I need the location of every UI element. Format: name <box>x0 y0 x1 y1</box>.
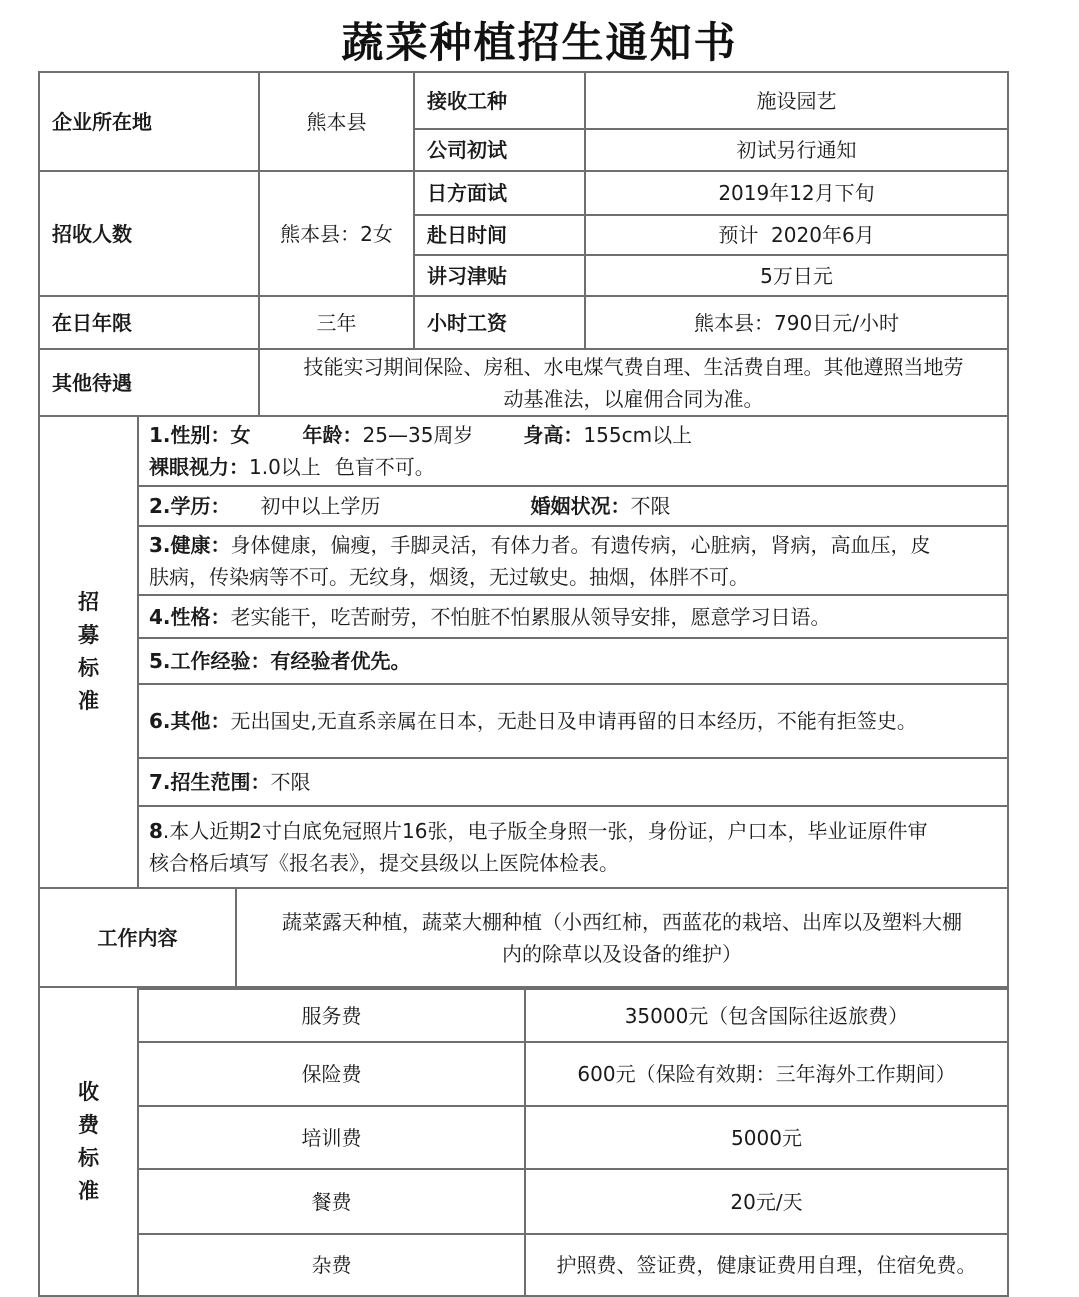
other-benefits-label: 其他待遇 <box>38 348 260 417</box>
criteria-item-5: 5.工作经验：有经验者优先。 <box>137 637 1009 685</box>
criteria-item-1-line1: 1.性别：女年龄：25—35周岁身高：155cm以上 <box>139 419 702 451</box>
fee-label-char: 准 <box>78 1175 99 1208</box>
job-type-label: 接收工种 <box>413 71 586 130</box>
other-benefits-line2: 动基准法，以雇佣合同为准。 <box>504 383 764 415</box>
allowance-value: 5万日元 <box>584 254 1009 297</box>
recruit-label-char: 募 <box>78 619 99 652</box>
location-value: 熊本县 <box>258 71 415 172</box>
marital-label: 婚姻状况： <box>531 494 631 518</box>
fee-value-service: 35000元（包含国际往返旅费） <box>524 988 1009 1043</box>
criteria-item-8: 8.本人近期2寸白底免冠照片16张，电子版全身照一张，身份证，户口本，毕业证原件… <box>137 805 1009 889</box>
vision-value: 1.0以上 <box>249 455 321 479</box>
fee-value-insurance: 600元（保险有效期：三年海外工作期间） <box>524 1041 1009 1107</box>
departure-value: 预计 2020年6月 <box>584 214 1009 256</box>
wage-label: 小时工资 <box>413 295 586 350</box>
departure-label: 赴日时间 <box>413 214 586 256</box>
company-interview-label: 公司初试 <box>413 128 586 172</box>
gender-value: 女 <box>231 423 251 447</box>
recruit-scope-value: 不限 <box>271 770 311 794</box>
health-line1: 身体健康，偏瘦，手脚灵活，有体力者。有遗传病，心脏病，肾病，高血压，皮 <box>231 533 931 557</box>
location-label: 企业所在地 <box>38 71 260 172</box>
other-benefits-line1: 技能实习期间保险、房租、水电煤气费自理、生活费自理。其他遵照当地劳 <box>304 351 964 383</box>
work-content-line1: 蔬菜露天种植，蔬菜大棚种植（小西红柿，西蓝花的栽培、出库以及塑料大棚 <box>282 906 962 938</box>
other-criteria-value: 无出国史,无直系亲属在日本，无赴日及申请再留的日本经历，不能有拒签史。 <box>231 709 917 733</box>
experience-value: 有经验者优先。 <box>271 649 411 673</box>
criteria-item-7: 7.招生范围：不限 <box>137 757 1009 807</box>
experience-label: 5.工作经验： <box>149 649 271 673</box>
document-title: 蔬菜种植招生通知书 <box>0 10 1079 70</box>
fee-value-training: 5000元 <box>524 1105 1009 1170</box>
fee-label-char: 收 <box>78 1076 99 1109</box>
fee-name-service: 服务费 <box>137 988 526 1043</box>
headcount-value: 熊本县：2女 <box>258 170 415 297</box>
work-content-line2: 内的除草以及设备的维护） <box>502 938 742 970</box>
criteria-item-1-line2: 裸眼视力：1.0以上色盲不可。 <box>139 451 445 483</box>
criteria-item-6: 6.其他：无出国史,无直系亲属在日本，无赴日及申请再留的日本经历，不能有拒签史。 <box>137 683 1009 759</box>
height-value: 155cm以上 <box>583 423 692 447</box>
fee-name-training: 培训费 <box>137 1105 526 1170</box>
allowance-label: 讲习津贴 <box>413 254 586 297</box>
colorblind-requirement: 色盲不可。 <box>335 455 435 479</box>
documents-line1: .本人近期2寸白底免冠照片16张，电子版全身照一张，身份证，户口本，毕业证原件审 <box>163 819 928 843</box>
fee-label-char: 费 <box>78 1109 99 1142</box>
headcount-label: 招收人数 <box>38 170 260 297</box>
job-type-value: 施设园艺 <box>584 71 1009 130</box>
fee-name-meals: 餐费 <box>137 1168 526 1235</box>
documents-line2: 核合格后填写《报名表》，提交县级以上医院体检表。 <box>149 851 619 875</box>
other-criteria-label: 6.其他： <box>149 709 231 733</box>
work-content-value: 蔬菜露天种植，蔬菜大棚种植（小西红柿，西蓝花的栽培、出库以及塑料大棚 内的除草以… <box>235 887 1009 988</box>
age-value: 25—35周岁 <box>363 423 474 447</box>
personality-label: 4.性格： <box>149 605 231 629</box>
height-label: 身高： <box>523 423 583 447</box>
criteria-item-3: 3.健康：身体健康，偏瘦，手脚灵活，有体力者。有遗传病，心脏病，肾病，高血压，皮… <box>137 525 1009 596</box>
recruit-label-char: 标 <box>78 652 99 685</box>
fee-value-meals: 20元/天 <box>524 1168 1009 1235</box>
health-label: 3.健康： <box>149 533 231 557</box>
criteria-item-2: 2.学历：初中以上学历婚姻状况：不限 <box>137 485 1009 527</box>
marital-value: 不限 <box>631 494 671 518</box>
recruit-criteria-label: 招 募 标 准 <box>38 415 139 889</box>
fee-standards-label: 收 费 标 准 <box>38 986 139 1297</box>
work-content-label: 工作内容 <box>38 887 237 988</box>
criteria-item-1: 1.性别：女年龄：25—35周岁身高：155cm以上 裸眼视力：1.0以上色盲不… <box>137 415 1009 487</box>
recruit-label-char: 招 <box>78 586 99 619</box>
education-label: 2.学历： <box>149 494 231 518</box>
fee-label-char: 标 <box>78 1142 99 1175</box>
fee-name-misc: 杂费 <box>137 1233 526 1297</box>
wage-value: 熊本县：790日元/小时 <box>584 295 1009 350</box>
other-benefits-value: 技能实习期间保险、房租、水电煤气费自理、生活费自理。其他遵照当地劳 动基准法，以… <box>258 348 1009 417</box>
fee-name-insurance: 保险费 <box>137 1041 526 1107</box>
fee-value-misc: 护照费、签证费，健康证费用自理，住宿免费。 <box>524 1233 1009 1297</box>
recruit-scope-label: 7.招生范围： <box>149 770 271 794</box>
health-line2: 肤病，传染病等不可。无纹身，烟烫，无过敏史。抽烟，体胖不可。 <box>149 565 749 589</box>
gender-label: 1.性别： <box>149 423 231 447</box>
stay-value: 三年 <box>258 295 415 350</box>
company-interview-value: 初试另行通知 <box>584 128 1009 172</box>
education-value: 初中以上学历 <box>261 494 381 518</box>
stay-label: 在日年限 <box>38 295 260 350</box>
japan-interview-label: 日方面试 <box>413 170 586 216</box>
criteria-item-4: 4.性格：老实能干，吃苦耐劳，不怕脏不怕累服从领导安排，愿意学习日语。 <box>137 594 1009 639</box>
documents-number: 8 <box>149 819 163 843</box>
vision-label: 裸眼视力： <box>149 455 249 479</box>
personality-value: 老实能干，吃苦耐劳，不怕脏不怕累服从领导安排，愿意学习日语。 <box>231 605 831 629</box>
recruit-label-char: 准 <box>78 685 99 718</box>
age-label: 年龄： <box>303 423 363 447</box>
japan-interview-value: 2019年12月下旬 <box>584 170 1009 216</box>
